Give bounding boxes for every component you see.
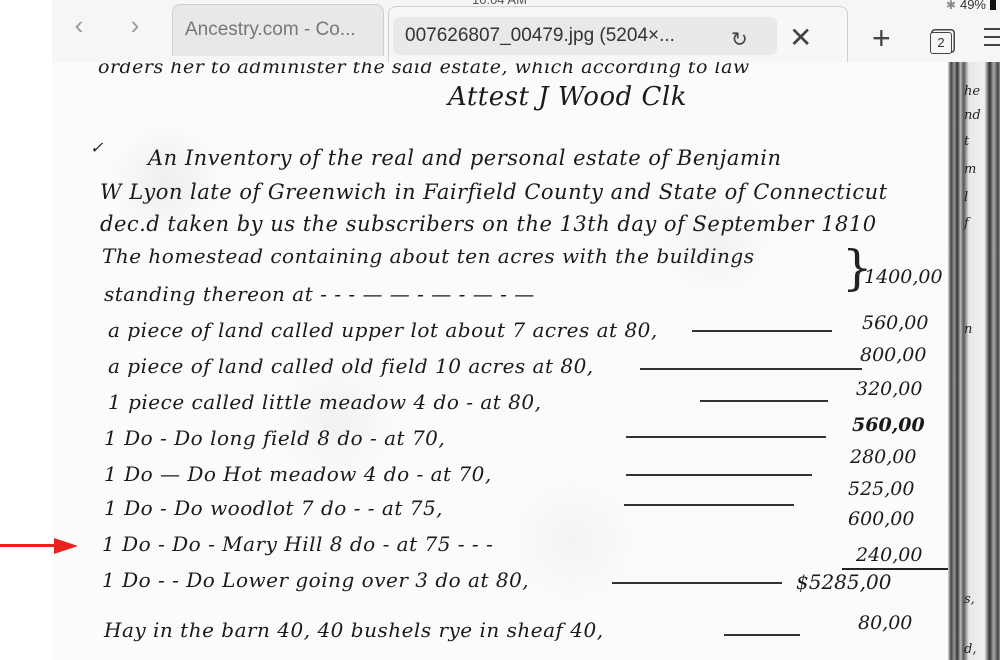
entry: 1 Do - - Do Lower going over 3 do at 80, <box>102 568 529 592</box>
status-indicators: ✱ 49% <box>946 0 996 12</box>
entry: 1 Do - Do long field 8 do - at 70, <box>104 426 445 450</box>
amount: 525,00 <box>848 478 914 500</box>
heading-line-1: An Inventory of the real and personal es… <box>148 146 782 170</box>
arrow-head <box>54 538 78 554</box>
amount: 600,00 <box>848 508 914 530</box>
bluetooth-icon: ✱ <box>946 0 956 12</box>
tab-image[interactable]: 007626807_00479.jpg (5204×... ↻ ✕ <box>388 6 848 62</box>
entry-mary-hill: 1 Do - Do - Mary Hill 8 do - at 75 - - - <box>102 532 493 556</box>
chevron-left-icon: ‹ <box>75 10 84 40</box>
margin-note: he <box>964 84 980 99</box>
checkmark-icon: ✓ <box>90 138 104 157</box>
attestation: Attest J Wood Clk <box>448 82 687 112</box>
tab-title: 007626807_00479.jpg (5204×... <box>405 25 675 47</box>
margin-note: f <box>964 216 969 231</box>
amount: 320,00 <box>856 378 922 400</box>
margin-note: n <box>964 322 972 337</box>
total-amount: $5285,00 <box>796 570 891 594</box>
forward-button[interactable]: › <box>120 10 150 40</box>
leader-line <box>624 504 794 506</box>
entry: a piece of land called old field 10 acre… <box>108 354 594 378</box>
amount: 1400,00 <box>864 266 943 288</box>
close-tab-icon[interactable]: ✕ <box>789 21 812 54</box>
page-binding <box>948 62 1000 660</box>
hamburger-line <box>984 44 1000 46</box>
menu-button[interactable] <box>984 28 1000 52</box>
chevron-right-icon: › <box>131 10 140 40</box>
entry: a piece of land called upper lot about 7… <box>108 318 658 342</box>
amount: 280,00 <box>850 446 916 468</box>
margin-note: nd <box>964 108 981 123</box>
leader-line <box>700 400 828 402</box>
margin-note: l <box>964 190 968 205</box>
tab-title: Ancestry.com - Co... <box>185 19 356 41</box>
leader-line <box>612 582 782 584</box>
leader-line <box>626 436 826 438</box>
new-tab-button[interactable]: + <box>872 24 891 52</box>
heading-line-2: W Lyon late of Greenwich in Fairfield Co… <box>100 180 888 204</box>
amount: 240,00 <box>856 544 922 566</box>
amount: 800,00 <box>860 344 926 366</box>
battery-percent: 49% <box>960 0 986 12</box>
red-arrow-annotation-icon <box>0 538 80 554</box>
entry-homestead: The homestead containing about ten acres… <box>102 244 754 268</box>
amount: 560,00 <box>852 414 925 436</box>
heading-line-3: dec.d taken by us the subscribers on the… <box>100 212 877 236</box>
partial-line: orders her to administer the said estate… <box>98 62 750 78</box>
entry: 1 Do - Do woodlot 7 do - - at 75, <box>104 496 443 520</box>
margin-note: s, <box>964 592 975 607</box>
status-time: 10:04 AM <box>472 0 527 7</box>
back-button[interactable]: ‹ <box>64 10 94 40</box>
hamburger-icon <box>984 28 1000 30</box>
leader-line <box>626 474 812 476</box>
left-margin <box>0 0 52 660</box>
document-image: orders her to administer the said estate… <box>52 62 1000 660</box>
entry-homestead-cont: standing thereon at - - - — — - — - — - … <box>104 282 535 306</box>
entry: 1 piece called little meadow 4 do - at 8… <box>108 390 541 414</box>
reload-icon[interactable]: ↻ <box>731 27 748 52</box>
margin-note: t <box>964 134 969 149</box>
arrow-shaft <box>0 544 58 547</box>
margin-note: m <box>964 162 976 177</box>
entry-hay: Hay in the barn 40, 40 bushels rye in sh… <box>104 618 604 642</box>
hamburger-line <box>984 36 1000 38</box>
leader-line <box>692 330 832 332</box>
leader-line <box>724 634 800 636</box>
amount: 80,00 <box>858 612 912 634</box>
margin-note: d, <box>964 642 976 657</box>
leader-line <box>640 368 862 370</box>
tab-switcher-button[interactable]: 2 <box>930 32 952 54</box>
battery-icon <box>990 0 996 10</box>
status-bar: 10:04 AM ✱ 49% <box>52 0 1000 12</box>
amount: 560,00 <box>862 312 928 334</box>
entry: 1 Do — Do Hot meadow 4 do - at 70, <box>104 462 492 486</box>
